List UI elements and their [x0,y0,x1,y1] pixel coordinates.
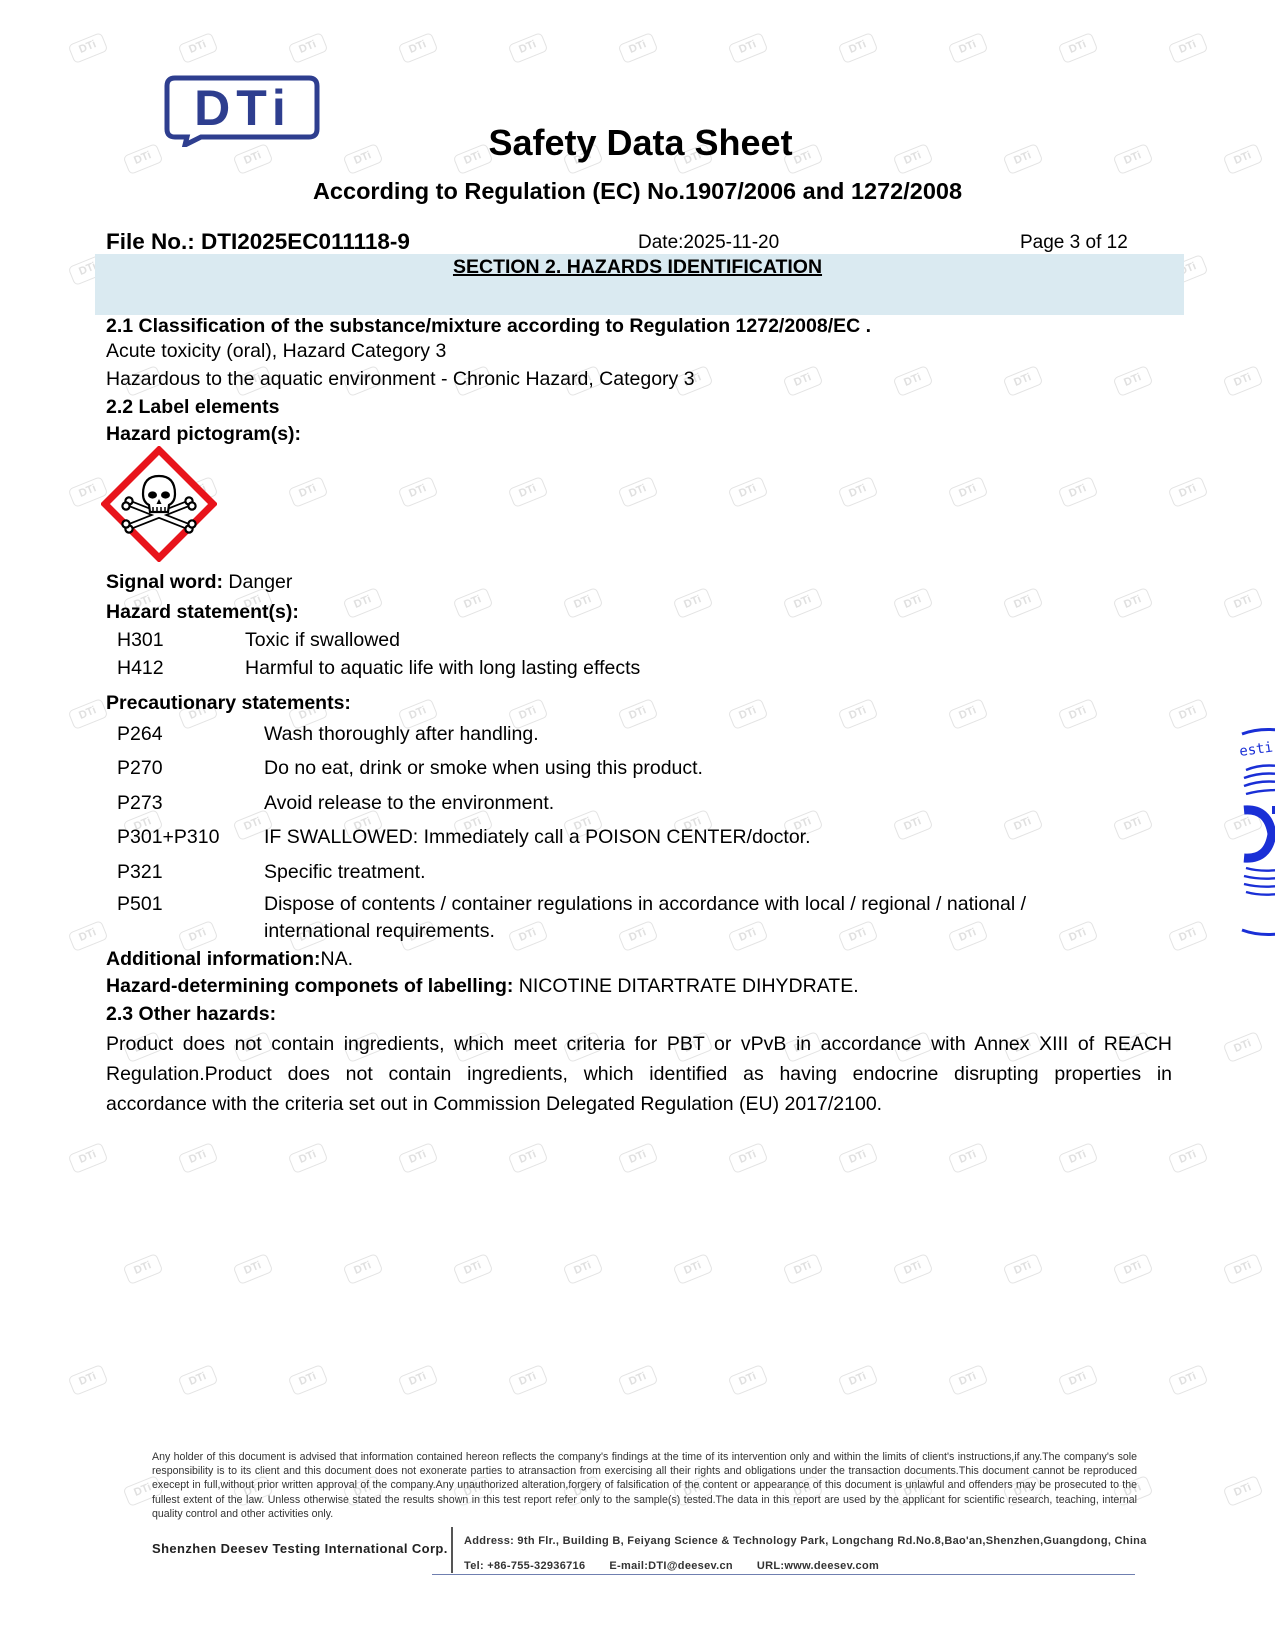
watermark-dti: DTi [1058,698,1099,730]
watermark-dti: DTi [288,476,329,508]
watermark-dti: DTi [398,32,439,64]
watermark-dti: DTi [1113,809,1154,841]
watermark-dti: DTi [783,365,824,397]
section-title: SECTION 2. HAZARDS IDENTIFICATION [0,256,1275,279]
company-phone: Tel: +86-755-32936716 [464,1560,585,1572]
watermark-dti: DTi [398,476,439,508]
watermark-dti: DTi [123,1253,164,1285]
precautionary-code: P264 [117,723,163,746]
watermark-dti: DTi [1058,476,1099,508]
hazard-text: Toxic if swallowed [245,629,400,652]
watermark-dti: DTi [343,1253,384,1285]
footer-rule [432,1574,1135,1575]
watermark-dti: DTi [1223,1475,1264,1507]
watermark-dti: DTi [728,1142,769,1174]
company-contact: Tel: +86-755-32936716E-mail:DTI@deesev.c… [464,1560,903,1572]
watermark-dti: DTi [1168,920,1209,952]
watermark-dti: DTi [508,1142,549,1174]
watermark-dti: DTi [893,1253,934,1285]
watermark-dti: DTi [893,365,934,397]
hazard-code: H412 [117,657,164,680]
watermark-dti: DTi [1003,587,1044,619]
watermark-dti: DTi [673,1253,714,1285]
precautionary-code: P301+P310 [117,826,219,849]
watermark-dti: DTi [288,1364,329,1396]
company-name: Shenzhen Deesev Testing International Co… [152,1541,448,1556]
watermark-dti: DTi [288,32,329,64]
watermark-dti: DTi [1003,365,1044,397]
svg-text:esti: esti [1238,739,1274,760]
precautionary-code: P501 [117,893,163,916]
watermark-dti: DTi [948,1142,989,1174]
precautionary-text-continued: international requirements. [264,920,495,943]
watermark-dti: DTi [343,587,384,619]
watermark-dti: DTi [1003,1253,1044,1285]
document-title: Safety Data Sheet [0,122,1275,164]
watermark-dti: DTi [728,1364,769,1396]
precautionary-text: Avoid release to the environment. [264,792,554,815]
watermark-dti: DTi [1113,365,1154,397]
watermark-dti: DTi [838,1142,879,1174]
skull-and-crossbones-icon [101,446,217,562]
watermark-dti: DTi [893,809,934,841]
watermark-dti: DTi [178,1142,219,1174]
watermark-dti: DTi [783,587,824,619]
watermark-dti: DTi [563,587,604,619]
watermark-dti: DTi [178,1364,219,1396]
precautionary-text: Do no eat, drink or smoke when using thi… [264,757,703,780]
watermark-dti: DTi [728,32,769,64]
watermark-dti: DTi [508,32,549,64]
precautionary-code: P273 [117,792,163,815]
watermark-dti: DTi [68,1364,109,1396]
precautionary-text: IF SWALLOWED: Immediately call a POISON … [264,826,811,849]
company-email[interactable]: E-mail:DTI@deesev.cn [609,1560,733,1572]
company-address: Address: 9th Flr., Building B, Feiyang S… [464,1535,1147,1547]
other-hazards-line: accordance with the criteria set out in … [106,1093,882,1116]
watermark-dti: DTi [508,1364,549,1396]
watermark-dti: DTi [68,698,109,730]
watermark-dti: DTi [728,476,769,508]
legal-disclaimer: Any holder of this document is advised t… [152,1450,1137,1521]
watermark-dti: DTi [68,1142,109,1174]
precautionary-text: Dispose of contents / container regulati… [264,893,1026,916]
watermark-dti: DTi [893,587,934,619]
company-url[interactable]: URL:www.deesev.com [757,1560,879,1572]
watermark-dti: DTi [1113,587,1154,619]
watermark-dti: DTi [1223,1031,1264,1063]
other-hazards-line: Product does not contain ingredients, wh… [106,1033,1172,1056]
watermark-dti: DTi [508,920,549,952]
other-hazards-line: Regulation.Product does not contain ingr… [106,1063,1172,1086]
watermark-dti: DTi [673,587,714,619]
watermark-dti: DTi [1003,809,1044,841]
watermark-dti: DTi [948,32,989,64]
precautionary-heading: Precautionary statements: [106,692,351,715]
document-date: Date:2025-11-20 [638,232,779,254]
watermark-dti: DTi [288,1142,329,1174]
watermark-dti: DTi [563,1253,604,1285]
watermark-dti: DTi [838,920,879,952]
hazard-text: Harmful to aquatic life with long lastin… [245,657,640,680]
watermark-dti: DTi [233,1253,274,1285]
watermark-dti: DTi [838,1364,879,1396]
watermark-dti: DTi [1223,1253,1264,1285]
classification-heading: 2.1 Classification of the substance/mixt… [106,315,871,338]
watermark-dti: DTi [1058,1364,1099,1396]
watermark-dti: DTi [1168,1142,1209,1174]
file-number: File No.: DTI2025EC011118-9 [106,229,410,255]
watermark-dti: DTi [1168,476,1209,508]
watermark-dti: DTi [1113,1253,1154,1285]
watermark-dti: DTi [618,920,659,952]
watermark-dti: DTi [68,920,109,952]
watermark-dti: DTi [618,476,659,508]
watermark-dti: DTi [618,698,659,730]
watermark-dti: DTi [178,32,219,64]
watermark-dti: DTi [1168,698,1209,730]
watermark-dti: DTi [1058,1142,1099,1174]
watermark-dti: DTi [1223,365,1264,397]
watermark-dti: DTi [618,32,659,64]
footer-divider [451,1527,453,1573]
hazard-determining-components: Hazard-determining componets of labellin… [106,975,859,998]
label-elements-heading: 2.2 Label elements [106,396,279,419]
signal-word: Signal word: Danger [106,571,292,594]
page-number: Page 3 of 12 [1020,232,1128,254]
classification-item: Hazardous to the aquatic environment - C… [106,368,695,391]
watermark-dti: DTi [838,32,879,64]
watermark-dti: DTi [948,1364,989,1396]
watermark-dti: DTi [618,1142,659,1174]
precautionary-text: Wash thoroughly after handling. [264,723,539,746]
watermark-dti: DTi [508,476,549,508]
company-seal-stamp: esti [1238,728,1275,936]
watermark-dti: DTi [398,1364,439,1396]
watermark-dti: DTi [838,698,879,730]
watermark-dti: DTi [398,1142,439,1174]
document-subtitle: According to Regulation (EC) No.1907/200… [0,178,1275,205]
watermark-dti: DTi [1223,587,1264,619]
other-hazards-heading: 2.3 Other hazards: [106,1003,276,1026]
watermark-dti: DTi [783,1253,824,1285]
watermark-dti: DTi [618,1364,659,1396]
watermark-dti: DTi [68,32,109,64]
watermark-dti: DTi [1058,32,1099,64]
precautionary-code: P321 [117,861,163,884]
watermark-dti: DTi [948,476,989,508]
pictogram-heading: Hazard pictogram(s): [106,423,301,446]
watermark-dti: DTi [728,698,769,730]
hazard-statements-heading: Hazard statement(s): [106,601,299,624]
precautionary-text: Specific treatment. [264,861,425,884]
hazard-code: H301 [117,629,164,652]
precautionary-code: P270 [117,757,163,780]
watermark-dti: DTi [1168,1364,1209,1396]
watermark-dti: DTi [1168,32,1209,64]
watermark-dti: DTi [453,587,494,619]
watermark-dti: DTi [1058,920,1099,952]
classification-item: Acute toxicity (oral), Hazard Category 3 [106,340,446,363]
watermark-dti: DTi [948,698,989,730]
watermark-dti: DTi [453,1253,494,1285]
additional-information: Additional information:NA. [106,948,353,971]
watermark-dti: DTi [948,920,989,952]
watermark-dti: DTi [728,920,769,952]
watermark-dti: DTi [838,476,879,508]
